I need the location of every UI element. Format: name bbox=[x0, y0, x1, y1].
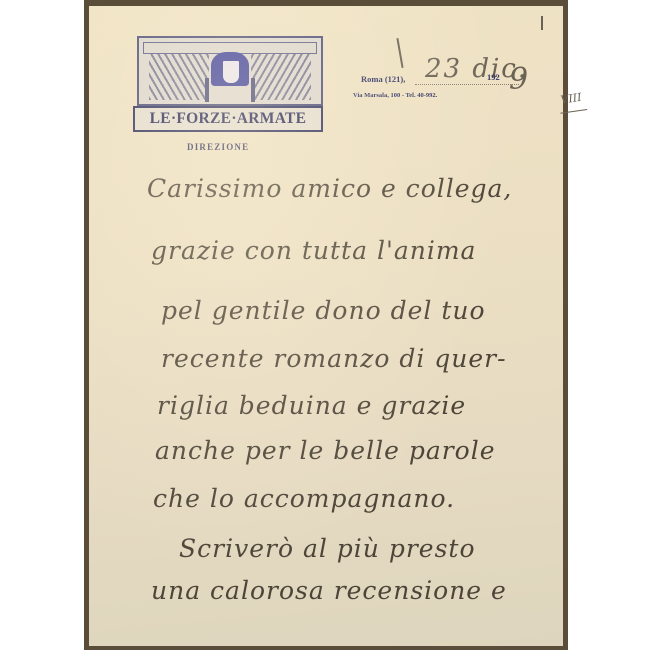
publication-title: LE·FORZE·ARMATE bbox=[133, 106, 323, 132]
letter-line: Scriverò al più presto bbox=[179, 534, 476, 563]
laurel-right-icon bbox=[251, 54, 311, 100]
letterhead-crest: LE·FORZE·ARMATE bbox=[129, 36, 325, 134]
letter-paper: LE·FORZE·ARMATE DIREZIONE Roma (121), 23… bbox=[89, 6, 563, 646]
fascist-era-year: VIII bbox=[558, 90, 588, 114]
laurel-left-icon bbox=[149, 54, 209, 100]
letter-line: che lo accompagnano. bbox=[153, 484, 455, 513]
date-line bbox=[415, 84, 519, 85]
department-label: DIREZIONE bbox=[187, 142, 249, 152]
letter-line: anche per le belle parole bbox=[155, 436, 496, 465]
letter-line: una calorosa recensione e bbox=[151, 576, 507, 605]
shield-icon bbox=[222, 60, 240, 84]
pen-mark bbox=[541, 16, 543, 30]
letter-line: pel gentile dono del tuo bbox=[161, 296, 486, 325]
year-prefix: 192 bbox=[487, 72, 500, 82]
letter-line: riglia beduina e grazie bbox=[157, 391, 466, 420]
letter-line: grazie con tutta l'anima bbox=[151, 236, 476, 265]
eagle-emblem-icon bbox=[137, 36, 323, 106]
letter-line: Carissimo amico e collega, bbox=[147, 174, 512, 203]
address-line: Via Marsala, 100 - Tel. 40-992. bbox=[353, 92, 437, 99]
city-label: Roma (121), bbox=[361, 74, 405, 84]
pen-mark bbox=[396, 38, 403, 68]
handwritten-year-digit: 9 bbox=[509, 62, 528, 97]
letter-line: recente romanzo di quer- bbox=[161, 344, 507, 373]
